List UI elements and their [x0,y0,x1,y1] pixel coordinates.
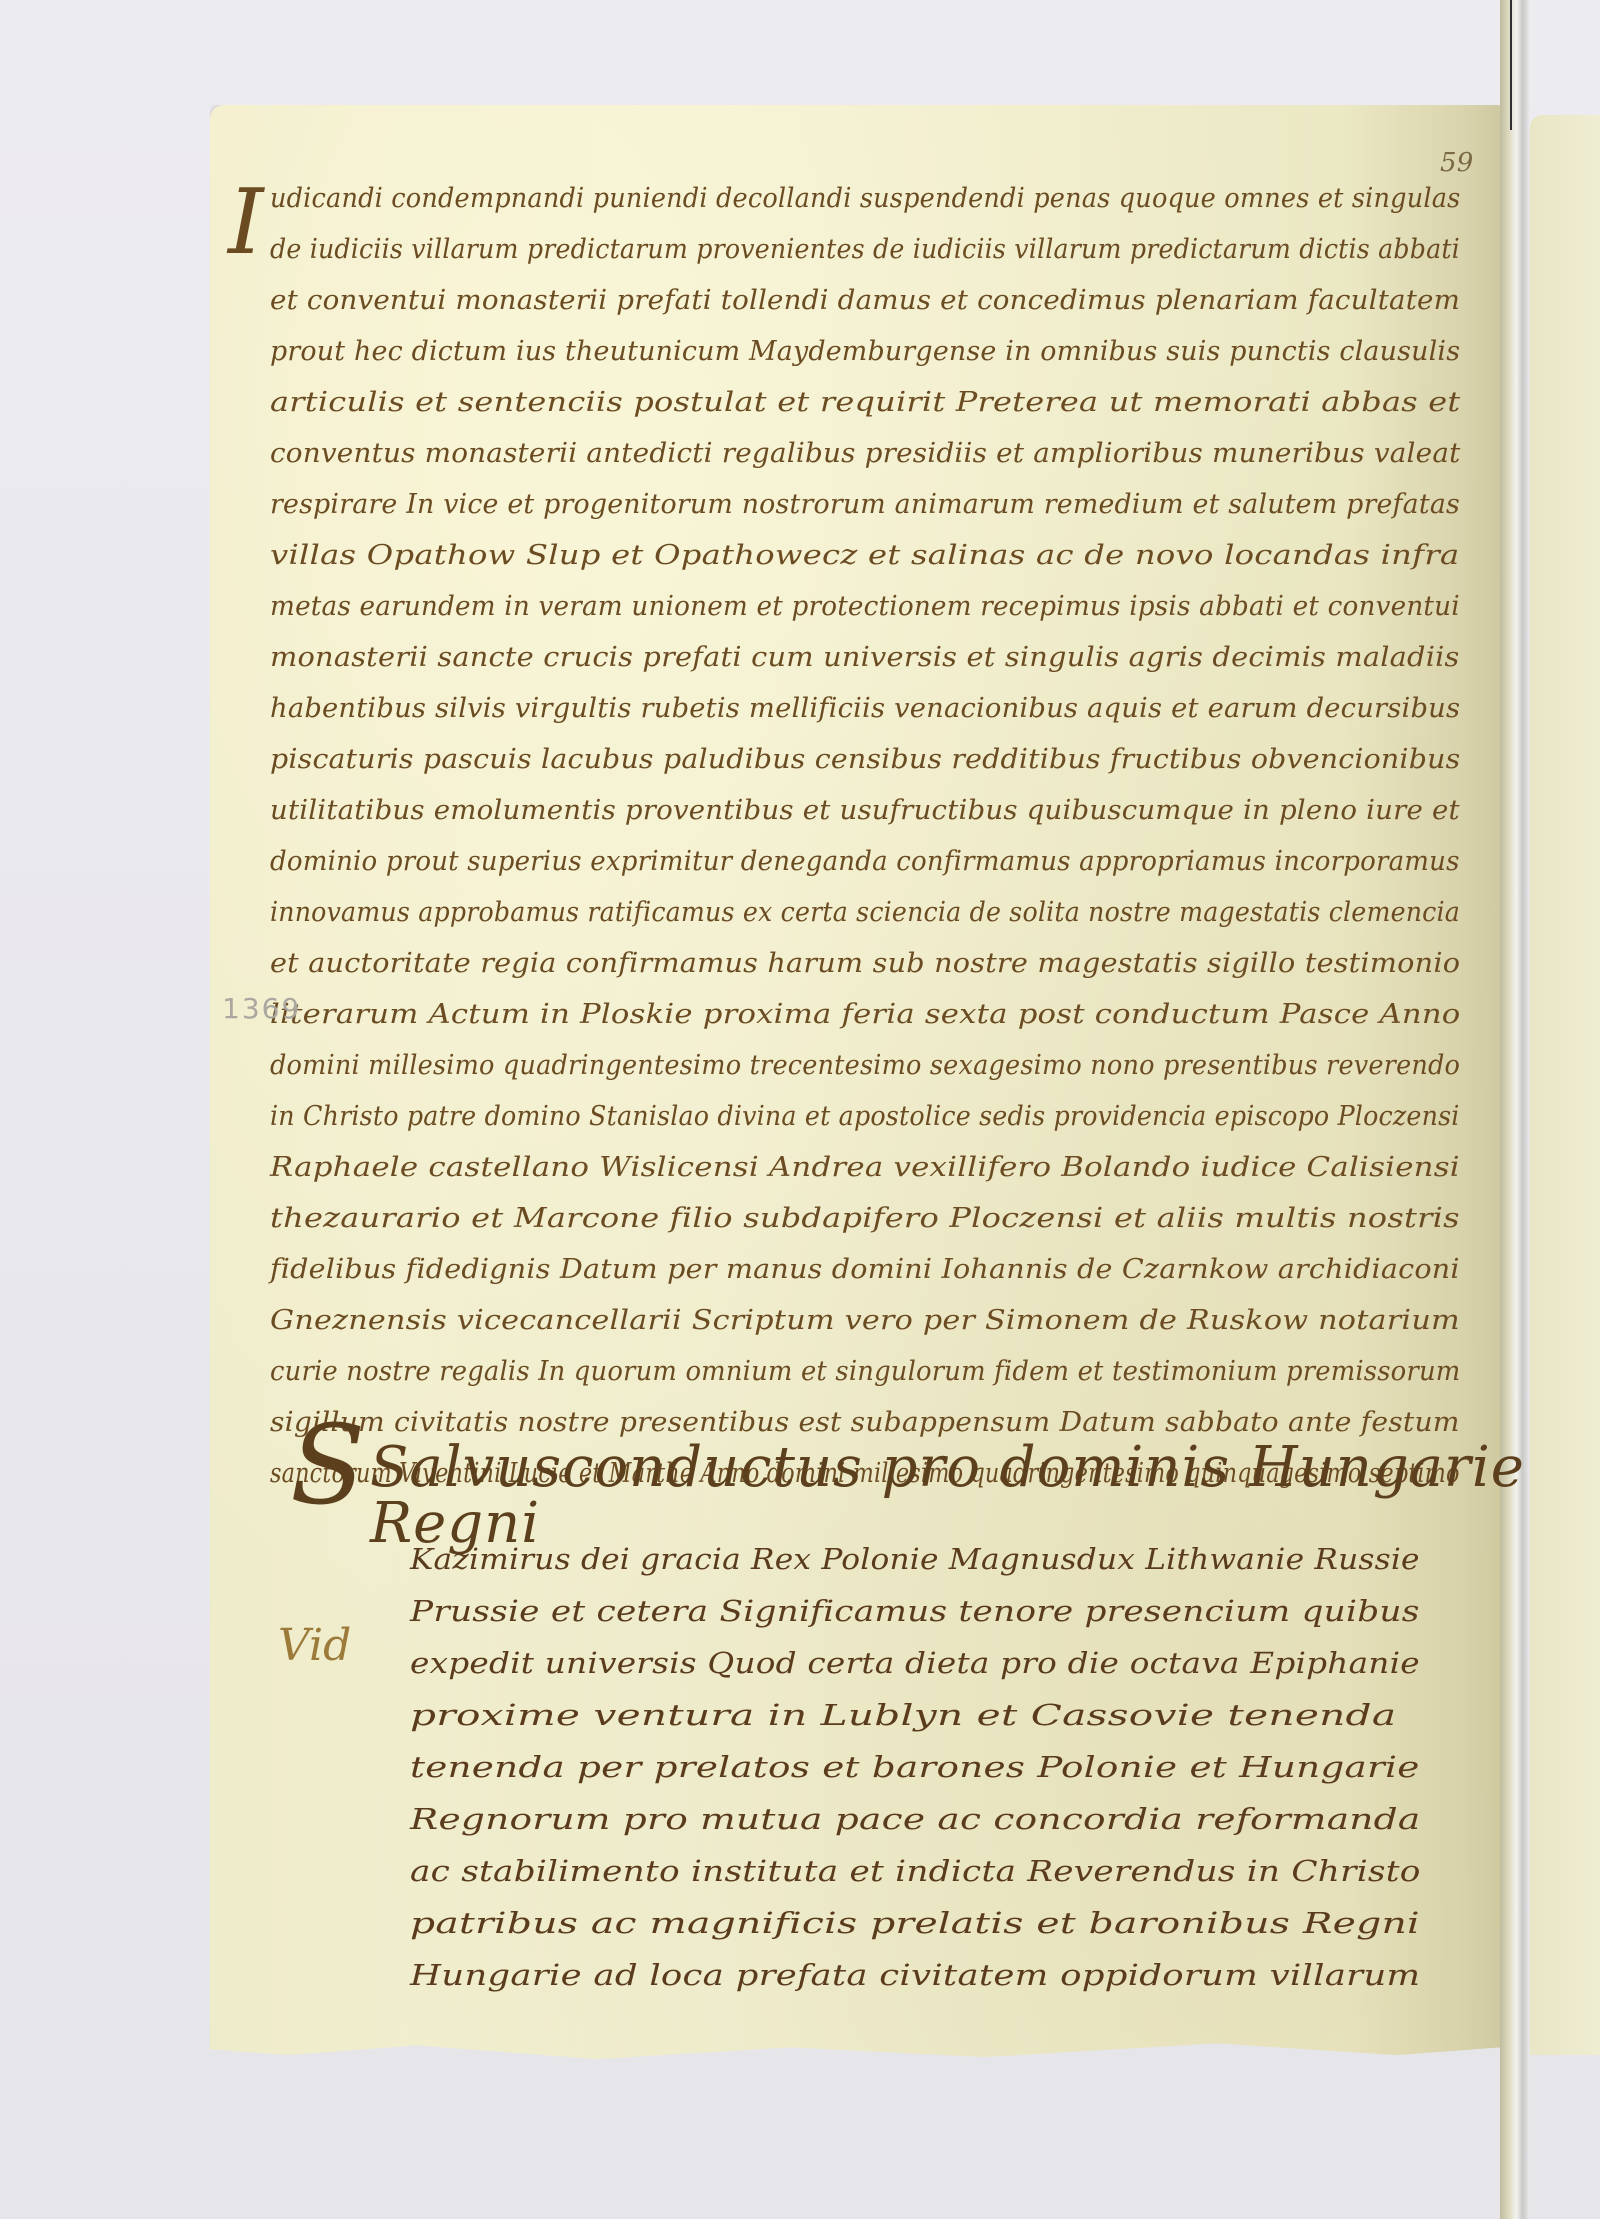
text-line: thezaurario et Marcone filio subdapifero… [270,1205,1460,1232]
text-line: udicandi condempnandi puniendi decolland… [270,185,1460,212]
folio-number: 59 [1440,148,1473,178]
text-line: Hungarie ad loca prefata civitatem oppid… [410,1961,1420,1990]
text-line: ac stabilimento instituta et indicta Rev… [410,1857,1421,1886]
text-line: proxime ventura in Lublyn et Cassovie te… [410,1701,1396,1730]
text-line: Kazimirus dei gracia Rex Polonie Magnusd… [410,1545,1420,1574]
text-line: articulis et sentenciis postulat et requ… [270,389,1460,416]
text-line: Prussie et cetera Significamus tenore pr… [410,1597,1420,1626]
binding-gutter [1500,0,1530,2219]
text-line: in Christo patre domino Stanislao divina… [270,1103,1460,1130]
text-line: conventus monasterii antedicti regalibus… [270,440,1460,467]
text-line: de iudiciis villarum predictarum proveni… [270,236,1460,263]
gutter-shadow-line [1510,0,1512,130]
text-line: habentibus silvis virgultis rubetis mell… [270,695,1460,722]
text-line: Raphaele castellano Wislicensi Andrea ve… [270,1154,1460,1181]
pencil-date-annotation: 1369 [222,992,301,1025]
decorated-initial: I [228,178,264,268]
text-line: Gneznensis vicecancellarii Scriptum vero… [270,1307,1460,1334]
text-line: sigillum civitatis nostre presentibus es… [270,1409,1460,1436]
section-heading: Salvusconductus pro dominis Hungarie Reg… [370,1440,1600,1552]
text-line: piscaturis pascuis lacubus paludibus cen… [270,746,1460,773]
text-line: et conventui monasterii prefati tollendi… [270,287,1460,314]
text-line: Regnorum pro mutua pace ac concordia ref… [410,1805,1421,1834]
text-line: metas earundem in veram unionem et prote… [270,593,1460,620]
text-line: utilitatibus emolumentis proventibus et … [270,797,1460,824]
text-line: fidelibus fidedignis Datum per manus dom… [270,1256,1460,1283]
text-line: respirare In vice et progenitorum nostro… [270,491,1460,518]
margin-vid-annotation: Vid [278,1620,351,1671]
text-line: patribus ac magnificis prelatis et baron… [410,1909,1420,1938]
text-line: prout hec dictum ius theutunicum Maydemb… [270,338,1460,365]
text-line: curie nostre regalis In quorum omnium et… [270,1358,1460,1385]
text-line: expedit universis Quod certa dieta pro d… [410,1649,1420,1678]
text-line: et auctoritate regia confirmamus harum s… [270,950,1460,977]
text-line: dominio prout superius exprimitur denega… [270,848,1460,875]
text-line: domini millesimo quadringentesimo trecen… [270,1052,1460,1079]
adjacent-folio-edge [1530,115,1600,2055]
heading-initial: S [290,1410,365,1520]
text-line: monasterii sancte crucis prefati cum uni… [270,644,1460,671]
text-line: literarum Actum in Ploskie proxima feria… [270,1001,1460,1028]
text-line: innovamus approbamus ratificamus ex cert… [270,899,1460,926]
text-line: tenenda per prelatos et barones Polonie … [410,1753,1420,1782]
text-line: villas Opathow Slup et Opathowecz et sal… [270,542,1459,569]
